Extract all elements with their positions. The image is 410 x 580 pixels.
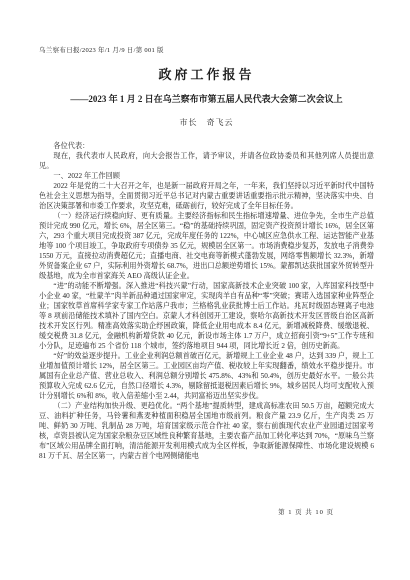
document-body: 各位代表： 现在，我代表市人民政府，向大会报告工作，请予审议，并请各位政协委员和… <box>39 141 374 461</box>
byline: 市长 奇飞云 <box>39 117 374 128</box>
page-number-indicator: 第 1 页 共 10 页 <box>278 509 334 517</box>
section-heading-2022-review: 一、2022 年工作回顾 <box>39 171 374 181</box>
page-subtitle: ——2023 年 1 月 2 日在乌兰察布市第五届人民代表大会第二次会议上 <box>39 93 374 105</box>
page-title: 政府工作报告 <box>39 67 374 83</box>
paragraph-industry-structure: （二）产业结构加快升级、更趋优化。“两个基地”提质转型，建成高标准农田 50.5… <box>39 401 374 461</box>
paragraph-2022-overview: 2022 年是党的二十大召开之年，也是新一届政府开局之年，一年来，我们坚持以习近… <box>39 181 374 211</box>
masthead-source-line: 乌兰察布日报/2023 年/1 月/9 日/第 001 版 <box>39 47 374 55</box>
paragraph-momentum: “进”的动能不断增强。深入推进“科技兴蒙”行动，国家高新技术企业突破 100 家… <box>39 281 374 351</box>
paragraph-salutation: 各位代表： <box>39 141 374 151</box>
paragraph-economy: （一）经济运行续稳向好、更有质量。主要经济指标和民生指标增速增量、进位争先，全市… <box>39 211 374 281</box>
document-page: 乌兰察布日报/2023 年/1 月/9 日/第 001 版 政府工作报告 ——2… <box>0 0 410 580</box>
paragraph-intro: 现在，我代表市人民政府，向大会报告工作，请予审议，并请各位政协委员和其他列席人员… <box>39 151 374 171</box>
paragraph-efficiency: “好”的效益逐步提升。工业企业利润总额首破百亿元，新增规上工业企业 48 户，达… <box>39 351 374 401</box>
